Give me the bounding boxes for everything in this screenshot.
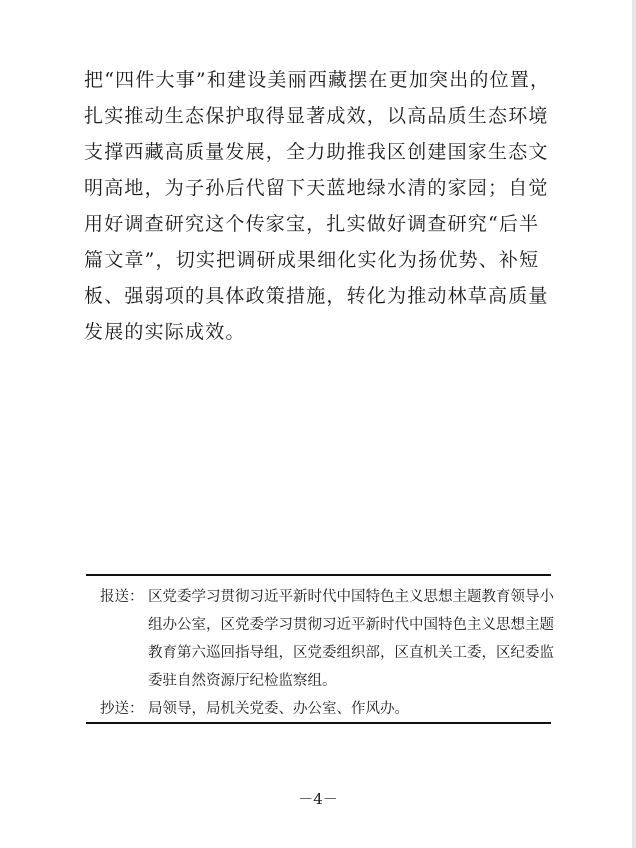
report-to-text: 区党委学习贯彻习近平新时代中国特色主义思想主题教育领导小组办公室，区党委学习贯彻… xyxy=(148,583,555,695)
divider-top xyxy=(86,574,551,576)
report-to-label: 报送： xyxy=(100,583,148,695)
page-edge xyxy=(632,0,636,848)
copy-to-row: 抄送： 局领导，局机关党委、办公室、作风办。 xyxy=(100,695,555,723)
distribution-block: 报送： 区党委学习贯彻习近平新时代中国特色主义思想主题教育领导小组办公室，区党委… xyxy=(100,583,555,723)
divider-bottom xyxy=(86,722,551,724)
copy-to-label: 抄送： xyxy=(100,695,148,723)
page-number: －4－ xyxy=(0,788,636,809)
report-to-row: 报送： 区党委学习贯彻习近平新时代中国特色主义思想主题教育领导小组办公室，区党委… xyxy=(100,583,555,695)
body-paragraph: 把“四件大事”和建设美丽西藏摆在更加突出的位置，扎实推动生态保护取得显著成效，以… xyxy=(84,62,554,350)
body-paragraph-block: 把“四件大事”和建设美丽西藏摆在更加突出的位置，扎实推动生态保护取得显著成效，以… xyxy=(84,62,554,350)
copy-to-text: 局领导，局机关党委、办公室、作风办。 xyxy=(148,695,555,723)
